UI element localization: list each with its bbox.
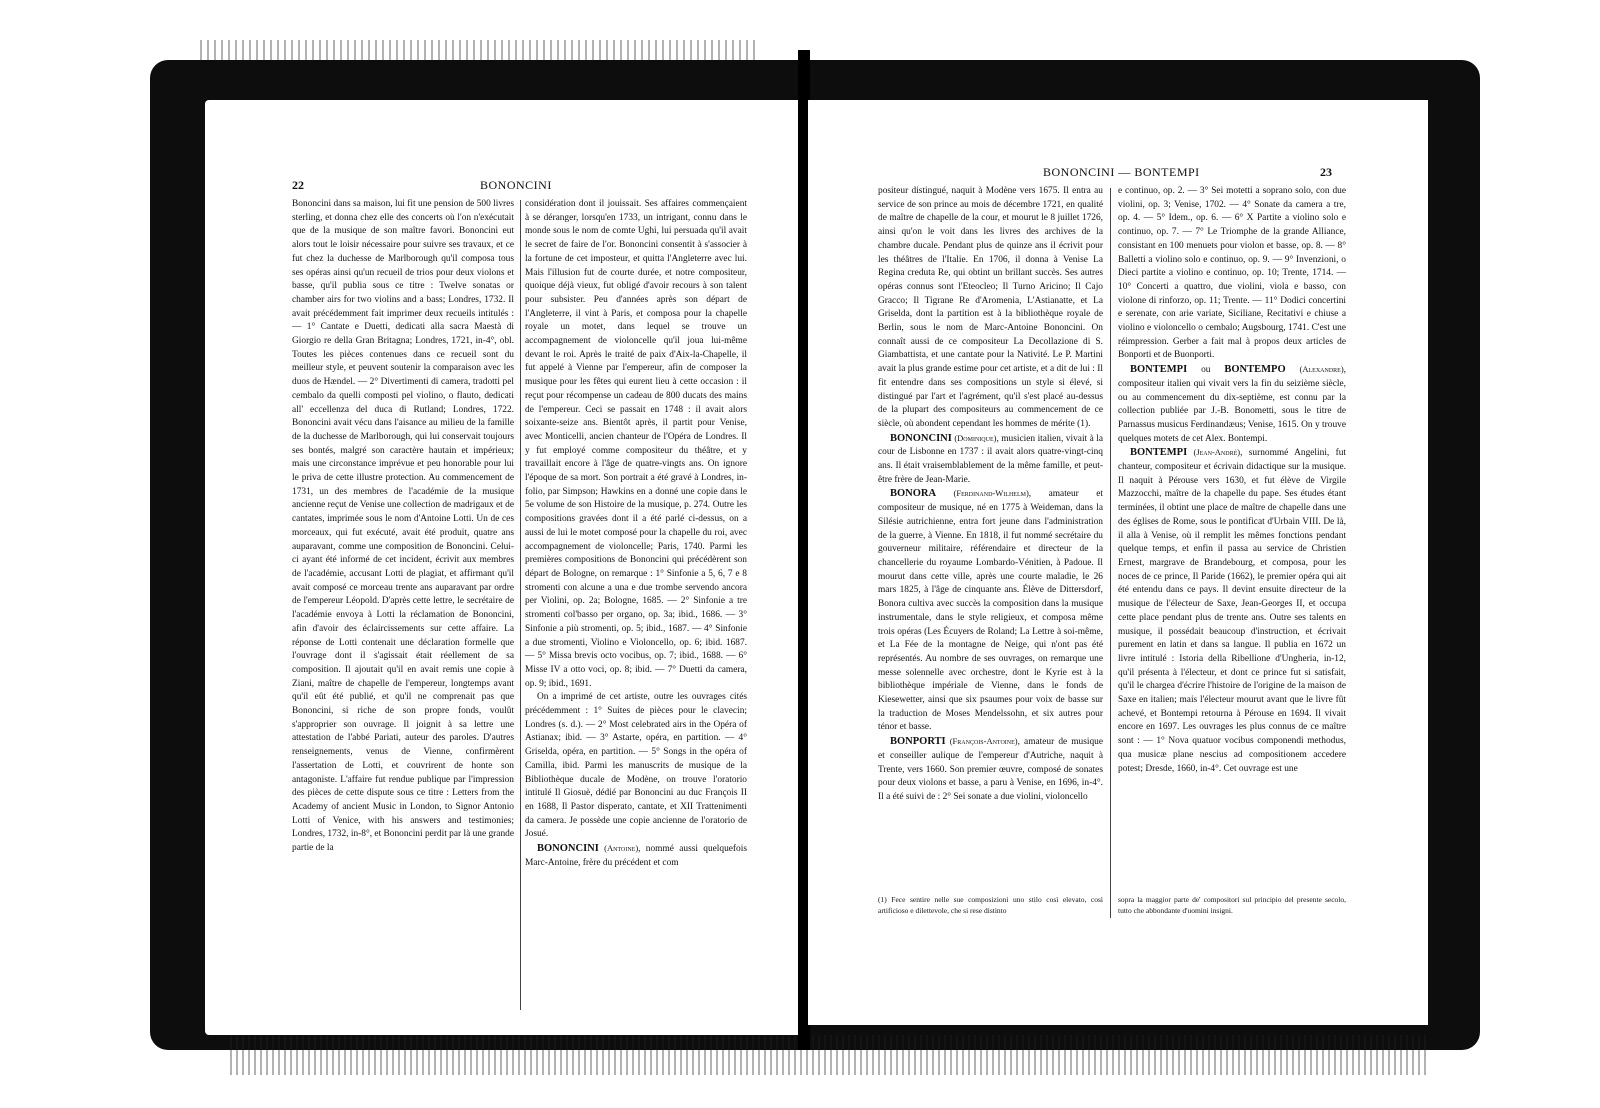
entry-bonporti: BONPORTI (François-Antoine), amateur de …: [878, 735, 1103, 805]
entry-bontempi-alexandre: BONTEMPI ou BONTEMPO (Alexandre), compos…: [1118, 363, 1346, 446]
footnote: sopra la maggior parte de' compositori s…: [1118, 895, 1346, 916]
paragraph: considération dont il jouissait. Ses aff…: [525, 198, 747, 691]
paragraph: e continuo, op. 2. — 3° Sei motetti a so…: [1118, 185, 1346, 363]
entry-bonora: BONORA (Ferdinand-Wilhelm), amateur et c…: [878, 487, 1103, 735]
paragraph: On a imprimé de cet artiste, outre les o…: [525, 691, 747, 842]
entry-bononcini-dominique: BONONCINI (Dominique), musicien italien,…: [878, 432, 1103, 488]
entry-text: , compositeur italien qui vivait vers la…: [1118, 365, 1346, 444]
column-rule: [1110, 188, 1111, 918]
entry-headword: BONPORTI: [890, 736, 946, 747]
entry-given-name: (François-Antoine): [950, 736, 1018, 746]
column-rule: [520, 200, 521, 1010]
entry-headword: BONONCINI: [890, 433, 952, 444]
entry-text: , amateur et compositeur de musique, né …: [878, 489, 1103, 732]
entry-headword: BONONCINI: [537, 843, 599, 854]
text-column-1: positeur distingué, naquit à Modène vers…: [878, 185, 1103, 805]
entry-headword: BONTEMPI: [1130, 364, 1187, 375]
footnote: (1) Fece sentire nelle sue composizioni …: [878, 895, 1103, 916]
text-column-2: considération dont il jouissait. Ses aff…: [525, 198, 747, 870]
entry-text: , surnommé Angelini, fut chanteur, compo…: [1118, 448, 1346, 773]
entry-bontempi-jean-andre: BONTEMPI (Jean-André), surnommé Angelini…: [1118, 446, 1346, 776]
scan-noise: [230, 1035, 1430, 1075]
running-head: BONONCINI: [480, 178, 552, 193]
entry-given-name: (Alexandre): [1300, 364, 1344, 374]
left-page: 22 BONONCINI Bononcini dans sa maison, l…: [205, 100, 800, 1035]
entry-given-name: (Antoine): [604, 843, 638, 853]
paragraph: positeur distingué, naquit à Modène vers…: [878, 185, 1103, 432]
text-column-1: Bononcini dans sa maison, lui fit une pe…: [292, 198, 514, 856]
paragraph: Bononcini dans sa maison, lui fit une pe…: [292, 198, 514, 856]
entry-bononcini-antoine: BONONCINI (Antoine), nommé aussi quelque…: [525, 842, 747, 870]
entry-connector: ou: [1187, 365, 1224, 375]
right-page: BONONCINI — BONTEMPI 23 positeur disting…: [808, 100, 1428, 1025]
entry-headword-alt: BONTEMPO: [1224, 364, 1285, 375]
page-number: 23: [1320, 165, 1332, 180]
entry-headword: BONTEMPI: [1130, 447, 1187, 458]
entry-given-name: (Ferdinand-Wilhelm): [954, 488, 1029, 498]
running-head: BONONCINI — BONTEMPI: [1043, 165, 1200, 180]
page-number: 22: [292, 178, 304, 193]
entry-headword: BONORA: [890, 488, 936, 499]
entry-given-name: (Dominique): [954, 433, 996, 443]
text-column-2: e continuo, op. 2. — 3° Sei motetti a so…: [1118, 185, 1346, 776]
entry-given-name: (Jean-André): [1193, 447, 1240, 457]
